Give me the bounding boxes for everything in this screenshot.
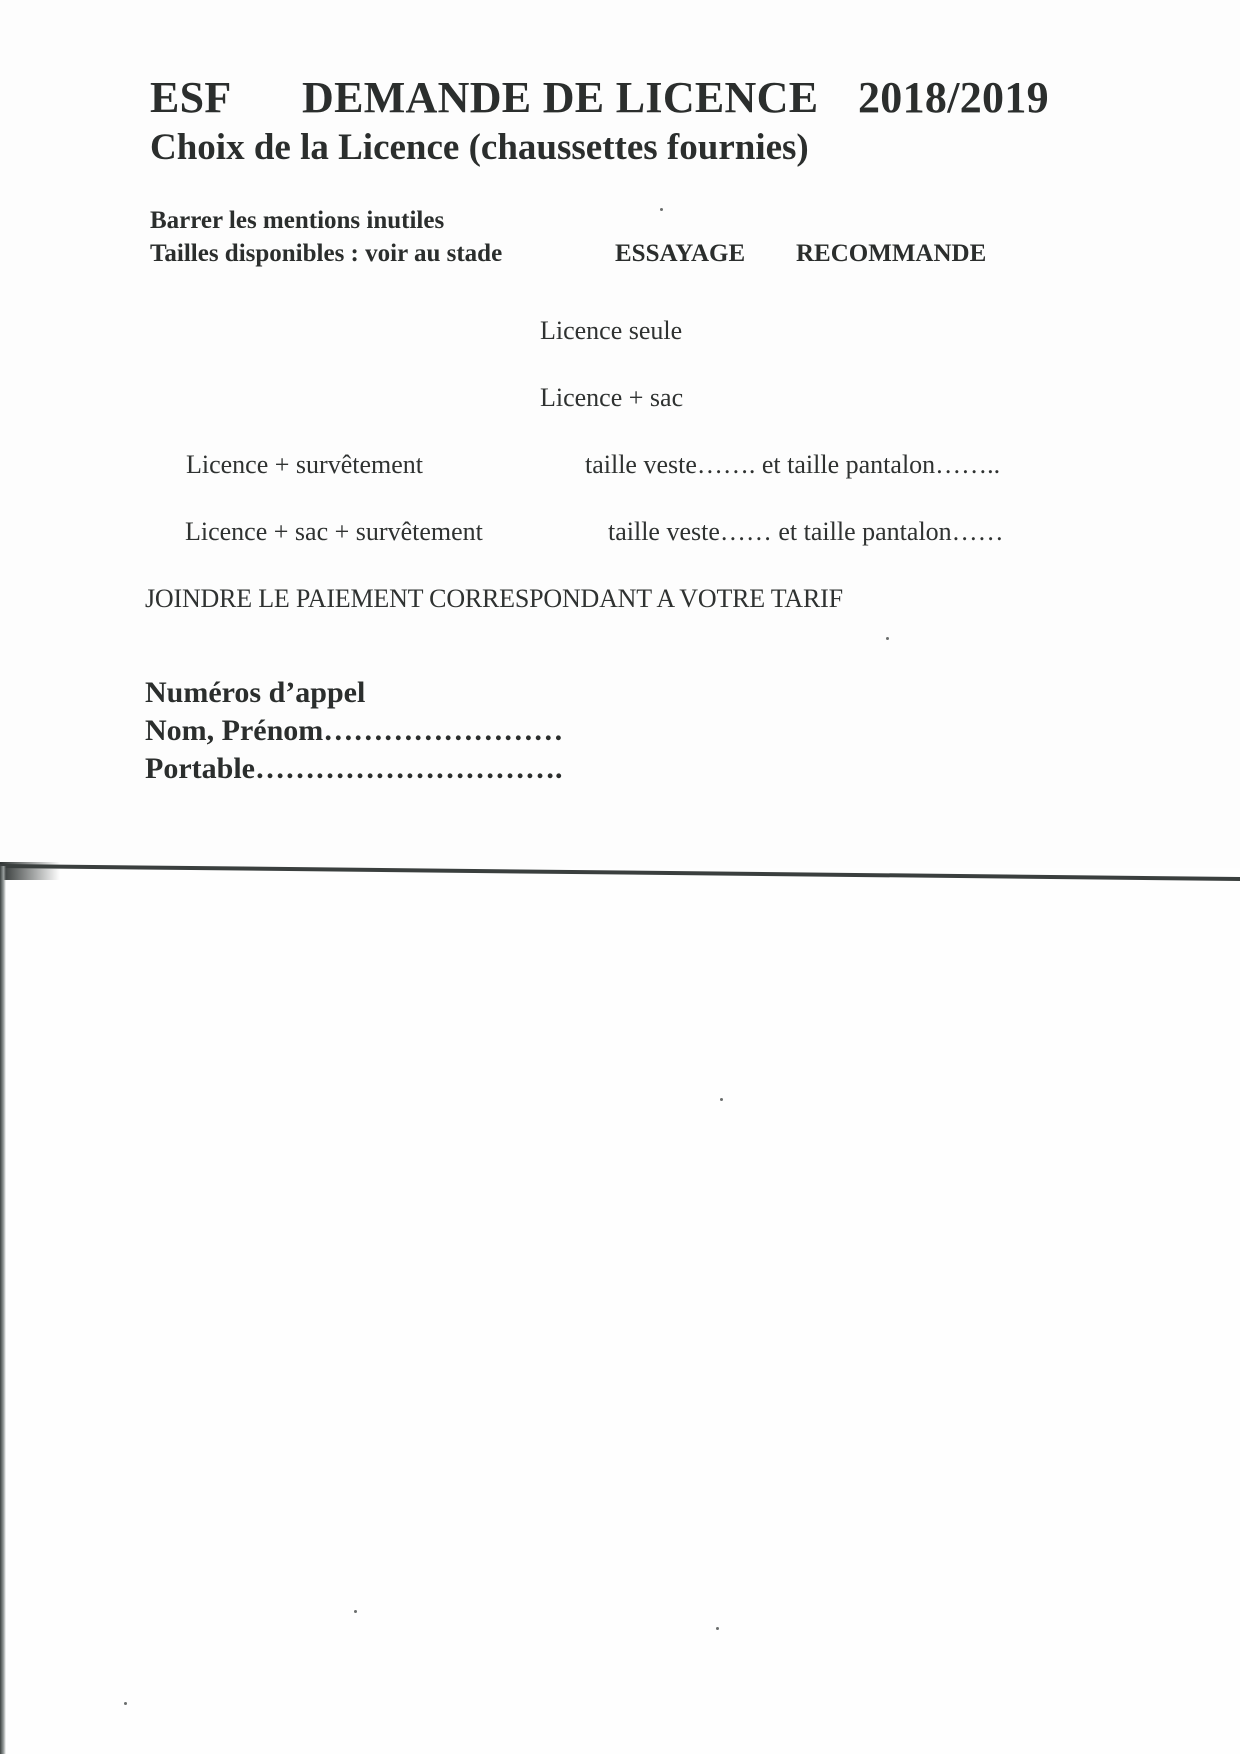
- option-licence-survetement: Licence + survêtement: [186, 450, 423, 480]
- instruction-recommande: RECOMMANDE: [796, 240, 986, 268]
- scan-speck: [886, 637, 889, 640]
- option-licence-seule: Licence seule: [540, 316, 682, 346]
- phone-field: Portable………………………….: [145, 752, 562, 786]
- option-licence-sac-survetement: Licence + sac + survêtement: [185, 517, 483, 547]
- option-licence-sac: Licence + sac: [540, 383, 683, 413]
- scan-speck: [716, 1627, 719, 1630]
- contact-heading: Numéros d’appel: [145, 676, 365, 710]
- option-licence-sac-survetement-sizes: taille veste…… et taille pantalon……: [608, 517, 1004, 547]
- scan-speck: [720, 1098, 723, 1101]
- license-form-sheet: ESF DEMANDE DE LICENCE 2018/2019 Choix d…: [0, 0, 1240, 868]
- org-name: ESF: [150, 72, 232, 123]
- instruction-essayage: ESSAYAGE: [615, 240, 745, 268]
- scan-speck: [124, 1702, 127, 1705]
- season-label: 2018/2019: [858, 72, 1049, 123]
- scan-speck: [354, 1610, 357, 1613]
- left-scan-edge: [0, 866, 6, 1754]
- instruction-strike: Barrer les mentions inutiles: [150, 207, 444, 235]
- name-field: Nom, Prénom……………………: [145, 714, 563, 748]
- scan-speck: [660, 208, 663, 211]
- option-licence-survetement-sizes: taille veste……. et taille pantalon……..: [585, 450, 1000, 480]
- payment-notice: JOINDRE LE PAIEMENT CORRESPONDANT A VOTR…: [145, 584, 843, 614]
- form-title: DEMANDE DE LICENCE: [302, 72, 818, 123]
- form-subtitle: Choix de la Licence (chaussettes fournie…: [150, 126, 809, 169]
- scanned-page: ESF DEMANDE DE LICENCE 2018/2019 Choix d…: [0, 0, 1240, 1754]
- instruction-sizes: Tailles disponibles : voir au stade: [150, 240, 502, 268]
